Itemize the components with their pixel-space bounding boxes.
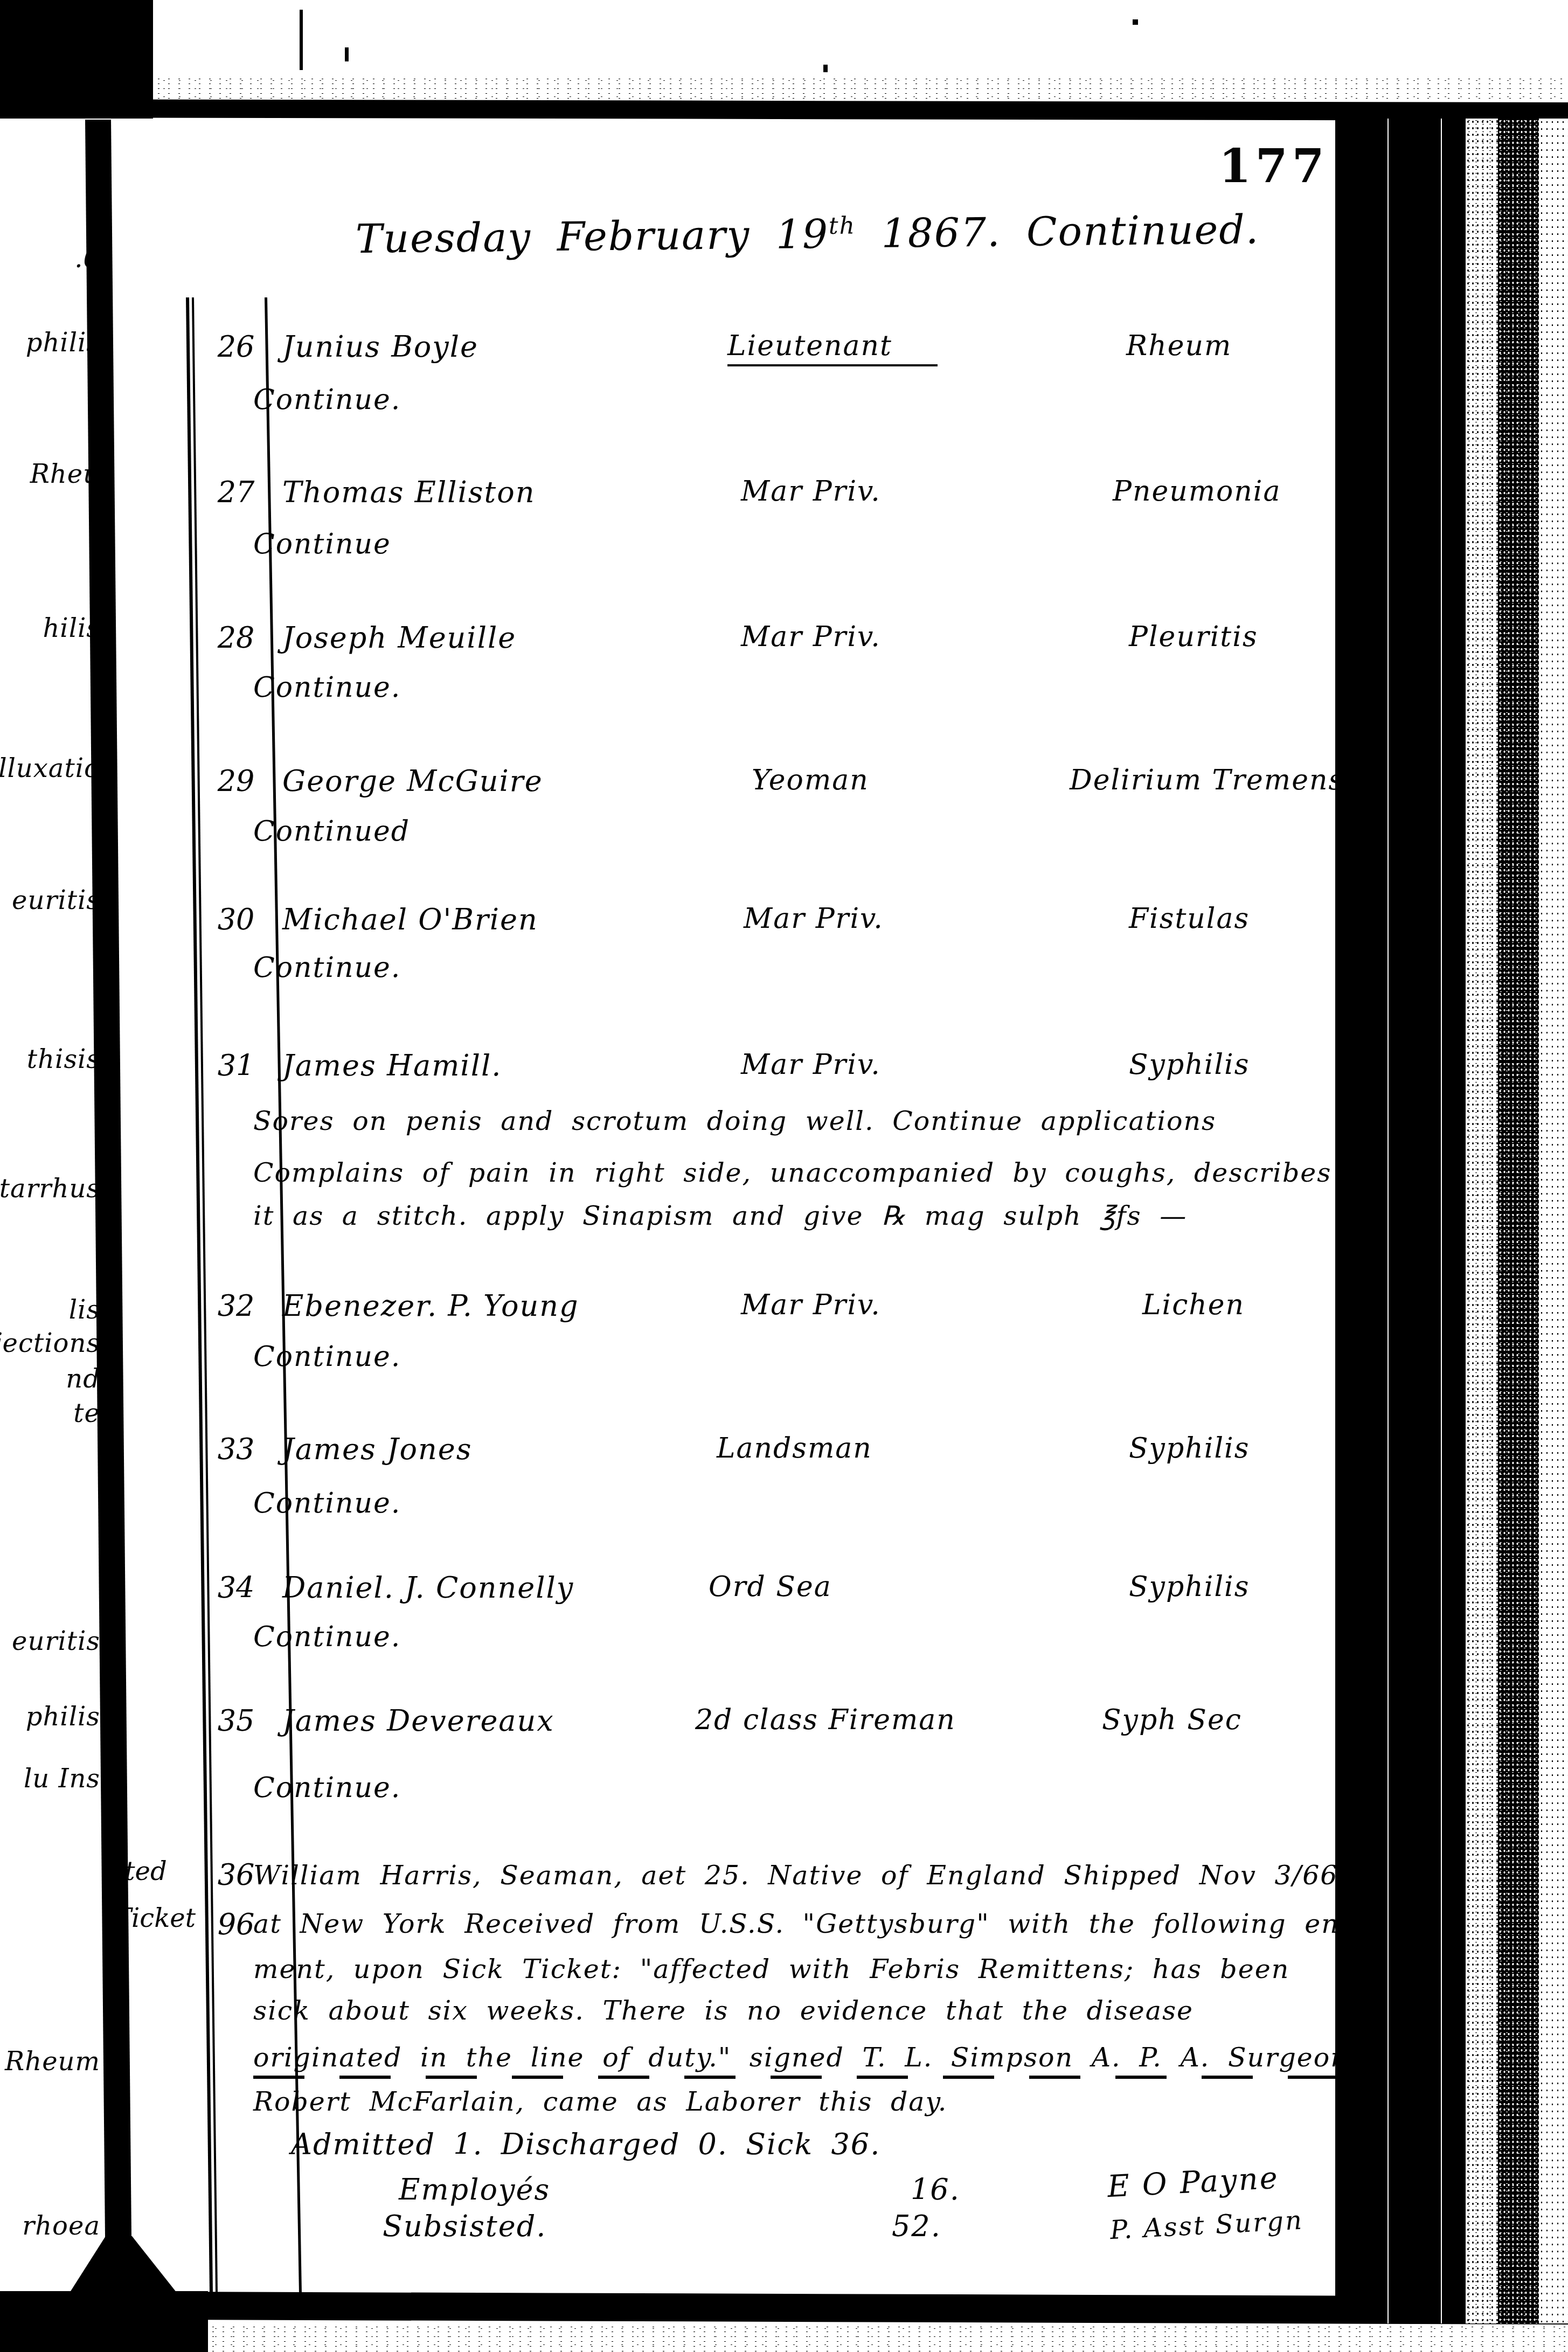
gutter-shadow <box>85 120 132 2293</box>
fore-edge-striations <box>1335 119 1466 2323</box>
summary-admitted-line: Admitted 1. Discharged 0. Sick 36. <box>291 2127 880 2161</box>
entry-row: 35 James Devereaux 2d class Fireman Syph… <box>0 1704 1336 1752</box>
gutter-flare <box>68 2236 179 2295</box>
clinical-note-line: it as a stitch. apply Sinapism and give … <box>253 1201 1336 1231</box>
patient-name: James Jones <box>282 1432 692 1466</box>
diagnosis: Fistulas <box>1129 903 1366 935</box>
patient-name: Thomas Elliston <box>282 475 692 509</box>
entry-number: 31 <box>204 1049 268 1083</box>
diagnosis: Syphilis <box>1129 1432 1366 1465</box>
facing-page-fragment: te <box>0 1398 100 1428</box>
patient-name: Joseph Meuille <box>282 621 692 655</box>
header-ordinal: th <box>829 212 856 240</box>
entry-number: 29 <box>204 764 268 798</box>
entry-number: 32 <box>204 1289 268 1323</box>
diagnosis: Syphilis <box>1129 1049 1366 1081</box>
patient-name: George McGuire <box>282 764 692 798</box>
entry-number: 33 <box>204 1432 268 1466</box>
facing-page-fragment: tarrhus <box>0 1174 100 1204</box>
narrative-line: Robert McFarlain, came as Laborer this d… <box>253 2086 1336 2117</box>
header-date-prefix: Tuesday February 19 <box>356 211 829 262</box>
facing-page-fragment: Rheum <box>0 2046 100 2077</box>
entry-row: 32 Ebenezer. P. Young Mar Priv. Lichen <box>0 1289 1336 1337</box>
facing-page-fragment: rhoea <box>0 2211 100 2241</box>
diagnosis: Syph Sec <box>1102 1704 1339 1736</box>
speckle-strip-top <box>0 77 1568 100</box>
diagnosis: Rheum <box>1126 330 1363 362</box>
patient-name: Ebenezer. P. Young <box>282 1289 692 1323</box>
note-continue: Continue. <box>253 671 401 704</box>
note-continue: Continued <box>253 815 410 848</box>
fore-edge-outer-band <box>1539 119 1568 2323</box>
note-continue: Continue. <box>253 1772 401 1804</box>
narrative-line: sick about six weeks. There is no eviden… <box>253 1995 1336 2026</box>
note-continue: Continue. <box>253 1487 401 1520</box>
margin-note-admitted: tted <box>114 1856 195 1886</box>
diagnosis: Syphilis <box>1129 1571 1366 1603</box>
fore-edge-light-band <box>1466 119 1498 2323</box>
patient-rank: Mar Priv. <box>741 1289 1075 1321</box>
patient-rank: Landsman <box>717 1432 1051 1465</box>
entry-row: 31 James Hamill. Mar Priv. Syphilis <box>0 1049 1336 1097</box>
diagnosis: Pneumonia <box>1113 475 1350 508</box>
clinical-note-line: Complains of pain in right side, unaccom… <box>253 1157 1336 1188</box>
entry-row: 34 Daniel. J. Connelly Ord Sea Syphilis <box>0 1571 1336 1619</box>
entry-number: 30 <box>204 903 268 936</box>
scan-corner-block <box>0 0 153 119</box>
entry-row: 26 Junius Boyle Lieutenant Rheum <box>0 330 1336 378</box>
summary-employes-label: Employés <box>399 2173 550 2207</box>
patient-name: James Devereaux <box>282 1704 692 1738</box>
entry-number: 34 <box>204 1571 268 1605</box>
top-edge-band <box>0 99 1568 121</box>
narrative-line: William Harris, Seaman, aet 25. Native o… <box>253 1860 1336 1891</box>
patient-rank: Yeoman <box>752 764 1086 796</box>
entry-number: 28 <box>204 621 268 655</box>
stray-mark <box>823 65 828 72</box>
diagnosis: Delirium Tremens <box>1070 764 1307 796</box>
diagnosis: Pleuritis <box>1129 621 1366 653</box>
narrative-line: ment, upon Sick Ticket: "affected with F… <box>253 1954 1336 1985</box>
note-continue: Continue. <box>253 384 401 416</box>
margin-note-ticket: Ticket <box>114 1903 195 1933</box>
note-continue: Continue. <box>253 1341 401 1373</box>
ledger-scan: 6. philis Rheu hilis lluxatio euritis th… <box>0 0 1568 2352</box>
patient-rank: Mar Priv. <box>741 475 1075 508</box>
book-fore-edge <box>1335 119 1568 2323</box>
patient-name: James Hamill. <box>282 1049 692 1083</box>
page-number: 177 <box>1219 139 1329 193</box>
patient-rank: Ord Sea <box>709 1571 1043 1603</box>
stray-mark <box>300 10 303 70</box>
clinical-note-line: Sores on penis and scrotum doing well. C… <box>253 1106 1336 1136</box>
summary-employes-value: 16. <box>911 2173 960 2207</box>
narrative-line: at New York Received from U.S.S. "Gettys… <box>253 1909 1336 1939</box>
patient-rank: Mar Priv. <box>741 621 1075 653</box>
patient-name: Daniel. J. Connelly <box>282 1571 692 1605</box>
patient-name: Junius Boyle <box>282 330 692 364</box>
summary-subsisted-label: Subsisted. <box>383 2209 546 2243</box>
header-date-suffix: 1867. Continued. <box>881 206 1259 256</box>
bottom-edge-band <box>0 2291 1568 2325</box>
entry-number: 27 <box>204 475 268 509</box>
entry-row: 30 Michael O'Brien Mar Priv. Fistulas <box>0 903 1336 951</box>
facing-page-fragment: 6. <box>0 244 100 274</box>
note-continue: Continue. <box>253 952 401 984</box>
stray-mark <box>1133 19 1138 25</box>
note-continue: Continue. <box>253 1621 401 1653</box>
patient-rank: Lieutenant <box>727 330 938 366</box>
dashed-underline <box>253 2076 1336 2079</box>
surgeon-title: P. Asst Surgn <box>1109 2205 1304 2246</box>
facing-page-fragment: euritis <box>0 1626 100 1656</box>
entry-number: 35 <box>204 1704 268 1738</box>
narrative-line: originated in the line of duty." signed … <box>253 2042 1336 2073</box>
entry-row: 27 Thomas Elliston Mar Priv. Pneumonia <box>0 475 1336 524</box>
summary-subsisted-value: 52. <box>892 2209 941 2243</box>
stray-mark <box>345 47 349 61</box>
entry-row: 28 Joseph Meuille Mar Priv. Pleuritis <box>0 621 1336 669</box>
note-continue: Continue <box>253 528 391 560</box>
entry-row: 33 James Jones Landsman Syphilis <box>0 1432 1336 1481</box>
patient-rank: 2d class Fireman <box>695 1704 1029 1736</box>
entry-row: 29 George McGuire Yeoman Delirium Tremen… <box>0 764 1336 813</box>
fore-edge-dark-band <box>1498 119 1539 2323</box>
patient-name: Michael O'Brien <box>282 903 692 936</box>
speckle-strip-bottom <box>208 2325 1568 2352</box>
bottom-corner-block <box>0 2291 208 2352</box>
patient-rank: Mar Priv. <box>744 903 1078 935</box>
facing-page-fragment: nd <box>0 1364 100 1394</box>
facing-page-fragment: lu Ins <box>0 1764 100 1794</box>
page-header-date: Tuesday February 19th 1867. Continued. <box>356 206 1272 262</box>
patient-rank: Mar Priv. <box>741 1049 1075 1081</box>
surgeon-signature: E O Payne <box>1107 2161 1280 2205</box>
entry-number: 26 <box>204 330 268 364</box>
